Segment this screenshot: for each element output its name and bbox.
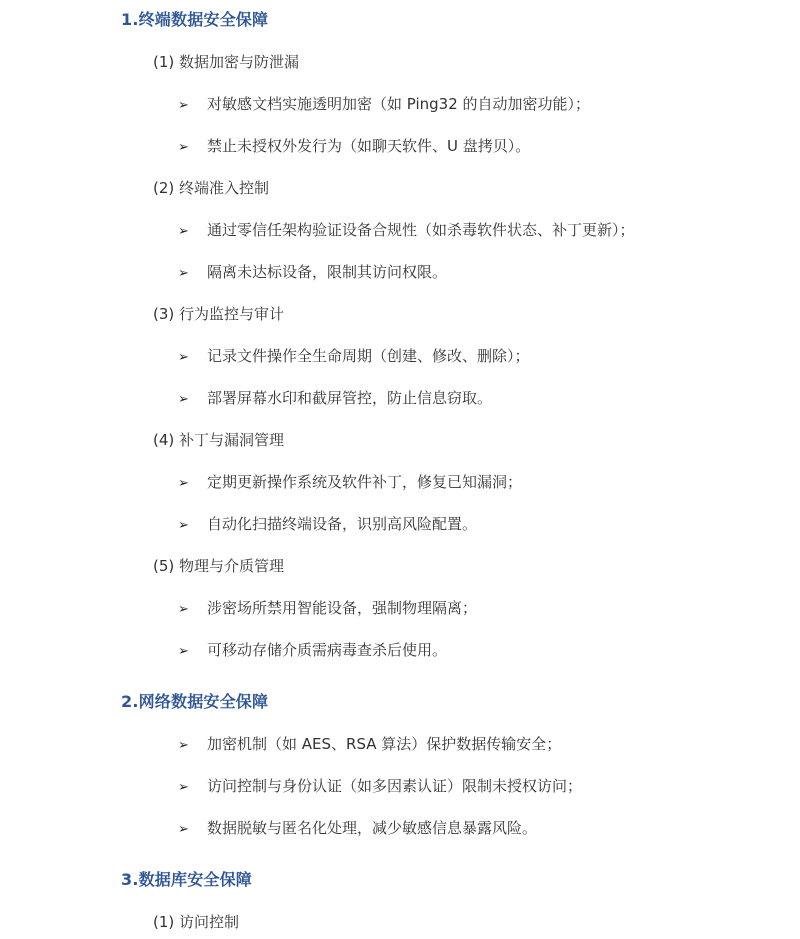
subsection-heading-db-access-control: (1) 访问控制 [153, 911, 239, 933]
arrow-bullet-icon: ➢ [178, 515, 207, 537]
list-item: ➢自动化扫描终端设备，识别高风险配置。 [178, 513, 477, 537]
list-item: ➢对敏感文档实施透明加密（如 Ping32 的自动加密功能）； [178, 93, 590, 117]
list-item-text: 禁止未授权外发行为（如聊天软件、U 盘拷贝）。 [207, 135, 530, 157]
subsection-heading-behavior-monitoring: (3) 行为监控与审计 [153, 303, 284, 325]
arrow-bullet-icon: ➢ [178, 221, 207, 243]
arrow-bullet-icon: ➢ [178, 137, 207, 159]
list-item: ➢通过零信任架构验证设备合规性（如杀毒软件状态、补丁更新）； [178, 219, 635, 243]
list-item: ➢数据脱敏与匿名化处理，减少敏感信息暴露风险。 [178, 817, 537, 841]
section-heading-database-security: 3.数据库安全保障 [121, 869, 252, 891]
list-item: ➢记录文件操作全生命周期（创建、修改、删除）； [178, 345, 530, 369]
list-item-text: 对敏感文档实施透明加密（如 Ping32 的自动加密功能）； [207, 93, 590, 115]
list-item-text: 数据脱敏与匿名化处理，减少敏感信息暴露风险。 [207, 817, 537, 839]
arrow-bullet-icon: ➢ [178, 599, 207, 621]
section-heading-terminal-data-security: 1.终端数据安全保障 [121, 9, 268, 31]
arrow-bullet-icon: ➢ [178, 735, 207, 757]
list-item-text: 加密机制（如 AES、RSA 算法）保护数据传输安全； [207, 733, 561, 755]
subsection-heading-physical-media: (5) 物理与介质管理 [153, 555, 284, 577]
arrow-bullet-icon: ➢ [178, 641, 207, 663]
list-item: ➢加密机制（如 AES、RSA 算法）保护数据传输安全； [178, 733, 561, 757]
list-item: ➢隔离未达标设备，限制其访问权限。 [178, 261, 447, 285]
list-item-text: 定期更新操作系统及软件补丁，修复已知漏洞； [207, 471, 522, 493]
list-item-text: 通过零信任架构验证设备合规性（如杀毒软件状态、补丁更新）； [207, 219, 635, 241]
arrow-bullet-icon: ➢ [178, 389, 207, 411]
list-item: ➢部署屏幕水印和截屏管控，防止信息窃取。 [178, 387, 492, 411]
subsection-heading-patch-management: (4) 补丁与漏洞管理 [153, 429, 284, 451]
list-item: ➢访问控制与身份认证（如多因素认证）限制未授权访问； [178, 775, 582, 799]
subsection-heading-access-control: (2) 终端准入控制 [153, 177, 269, 199]
list-item: ➢禁止未授权外发行为（如聊天软件、U 盘拷贝）。 [178, 135, 530, 159]
section-heading-network-data-security: 2.网络数据安全保障 [121, 691, 268, 713]
list-item-text: 记录文件操作全生命周期（创建、修改、删除）； [207, 345, 530, 367]
list-item: ➢定期更新操作系统及软件补丁，修复已知漏洞； [178, 471, 522, 495]
list-item: ➢可移动存储介质需病毒查杀后使用。 [178, 639, 447, 663]
subsection-heading-encryption: (1) 数据加密与防泄漏 [153, 51, 299, 73]
list-item-text: 可移动存储介质需病毒查杀后使用。 [207, 639, 447, 661]
list-item-text: 自动化扫描终端设备，识别高风险配置。 [207, 513, 477, 535]
list-item-text: 访问控制与身份认证（如多因素认证）限制未授权访问； [207, 775, 582, 797]
arrow-bullet-icon: ➢ [178, 95, 207, 117]
list-item: ➢涉密场所禁用智能设备，强制物理隔离； [178, 597, 477, 621]
arrow-bullet-icon: ➢ [178, 263, 207, 285]
arrow-bullet-icon: ➢ [178, 777, 207, 799]
list-item-text: 部署屏幕水印和截屏管控，防止信息窃取。 [207, 387, 492, 409]
arrow-bullet-icon: ➢ [178, 819, 207, 841]
list-item-text: 涉密场所禁用智能设备，强制物理隔离； [207, 597, 477, 619]
arrow-bullet-icon: ➢ [178, 347, 207, 369]
list-item-text: 隔离未达标设备，限制其访问权限。 [207, 261, 447, 283]
arrow-bullet-icon: ➢ [178, 473, 207, 495]
